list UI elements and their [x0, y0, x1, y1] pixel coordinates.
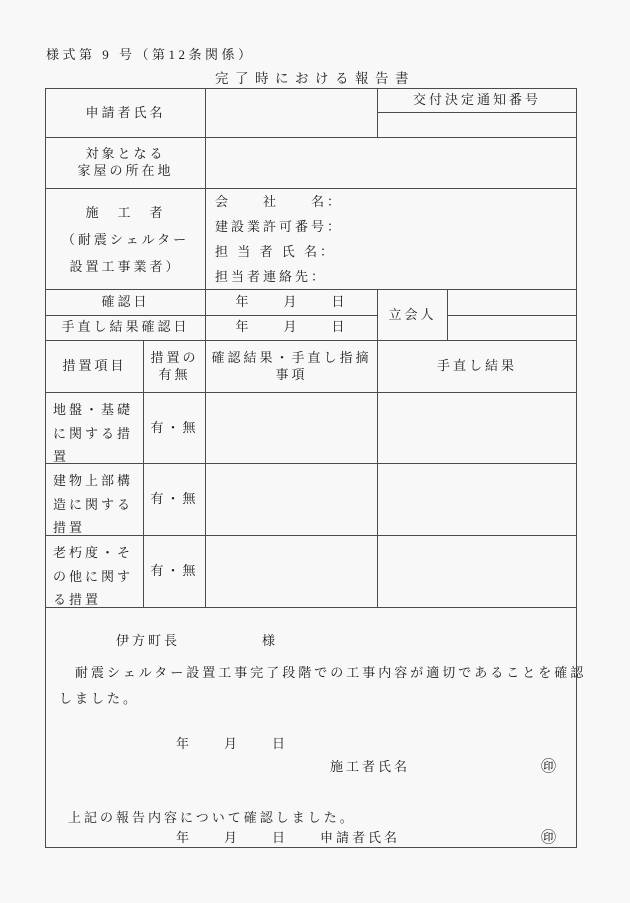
rework-confirm-date-label: 手直し結果確認日: [46, 316, 205, 341]
rework-confirm-date-field[interactable]: 年 月 日: [206, 316, 377, 341]
witness-label: 立会人: [378, 290, 448, 340]
measure-result-field[interactable]: [206, 464, 378, 535]
measure-row-deterioration: 老朽度・その他に関する措置 有・無: [46, 536, 576, 608]
confirm-date-field[interactable]: 年 月 日: [206, 290, 377, 316]
statement-line-2: しました。: [59, 691, 139, 708]
contractor-seal-icon: ㊞: [541, 758, 556, 778]
form-number: 様式第 9 号（第12条関係）: [46, 44, 255, 63]
contractor-row: 施 工 者 （耐震シェルター 設置工事業者） 会 社 名： 建設業許可番号： 担…: [46, 189, 576, 290]
witness-field-top[interactable]: [448, 290, 576, 316]
measure-rework-field[interactable]: [378, 536, 576, 607]
witness-field-bottom[interactable]: [448, 316, 576, 341]
measure-rework-field[interactable]: [378, 464, 576, 535]
confirm-date-label: 確認日: [46, 290, 205, 316]
page-title: 完了時における報告書: [0, 67, 630, 87]
presence-option[interactable]: 有・無: [144, 536, 206, 607]
measure-item-label: 建物上部構造に関する措置: [46, 464, 144, 535]
measure-result-header: 確認結果・手直し指摘 事項: [206, 341, 378, 392]
measure-result-field[interactable]: [206, 536, 378, 607]
house-location-field[interactable]: [206, 138, 576, 188]
grant-number-label: 交付決定通知番号: [378, 89, 576, 113]
grant-number-block: 交付決定通知番号: [378, 89, 576, 137]
applicant-date-sign-line: 年 月 日 申請者氏名: [176, 830, 400, 847]
applicant-name-label: 申請者氏名: [46, 89, 206, 137]
person-name-label: 担 当 者 氏 名：: [215, 239, 336, 264]
confirmation-dates-row: 確認日 手直し結果確認日 年 月 日 年 月 日 立会人: [46, 290, 576, 341]
document-page: 様式第 9 号（第12条関係） 完了時における報告書 申請者氏名 交付決定通知番…: [0, 0, 630, 903]
measure-rework-header: 手直し結果: [378, 341, 576, 392]
contractor-date-line: 年 月 日: [176, 736, 288, 753]
statement-line-1: 耐震シェルター設置工事完了段階での工事内容が適切であることを確認: [59, 665, 586, 682]
addressee-honorific: 様: [262, 633, 278, 648]
measure-result-field[interactable]: [206, 393, 378, 463]
measure-presence-header: 措置の 有無: [144, 341, 206, 392]
applicant-seal-icon: ㊞: [541, 829, 556, 849]
measure-row-structure: 建物上部構造に関する措置 有・無: [46, 464, 576, 536]
contractor-info-field[interactable]: 会 社 名： 建設業許可番号： 担 当 者 氏 名： 担当者連絡先：: [206, 189, 576, 289]
measure-row-ground: 地盤・基礎に関する措置 有・無: [46, 393, 576, 464]
signature-section: 伊方町長様 耐震シェルター設置工事完了段階での工事内容が適切であることを確認 し…: [46, 608, 576, 847]
presence-option[interactable]: 有・無: [144, 393, 206, 463]
measure-rework-field[interactable]: [378, 393, 576, 463]
house-location-row: 対象となる 家屋の所在地: [46, 138, 576, 189]
date-values-col: 年 月 日 年 月 日: [206, 290, 378, 340]
date-labels-col: 確認日 手直し結果確認日: [46, 290, 206, 340]
grant-number-field[interactable]: [378, 113, 576, 137]
report-form-table: 申請者氏名 交付決定通知番号 対象となる 家屋の所在地 施 工 者 （: [45, 88, 577, 848]
confirmation-statement: 上記の報告内容について確認しました。: [68, 810, 356, 827]
contractor-label: 施 工 者 （耐震シェルター 設置工事業者）: [46, 189, 206, 289]
company-name-label: 会 社 名：: [215, 189, 343, 214]
addressee-name: 伊方町長: [116, 633, 180, 648]
house-location-label: 対象となる 家屋の所在地: [46, 138, 206, 188]
measure-item-label: 老朽度・その他に関する措置: [46, 536, 144, 607]
measure-item-label: 地盤・基礎に関する措置: [46, 393, 144, 463]
person-contact-label: 担当者連絡先：: [215, 264, 327, 289]
presence-option[interactable]: 有・無: [144, 464, 206, 535]
applicant-name-field[interactable]: [206, 89, 378, 137]
measure-item-header: 措置項目: [46, 341, 144, 392]
measures-header-row: 措置項目 措置の 有無 確認結果・手直し指摘 事項 手直し結果: [46, 341, 576, 393]
addressee-line: 伊方町長様: [66, 616, 278, 667]
applicant-row: 申請者氏名 交付決定通知番号: [46, 89, 576, 138]
license-number-label: 建設業許可番号：: [215, 214, 343, 239]
contractor-sign-label: 施工者氏名: [330, 759, 410, 776]
witness-values-col: [448, 290, 576, 340]
